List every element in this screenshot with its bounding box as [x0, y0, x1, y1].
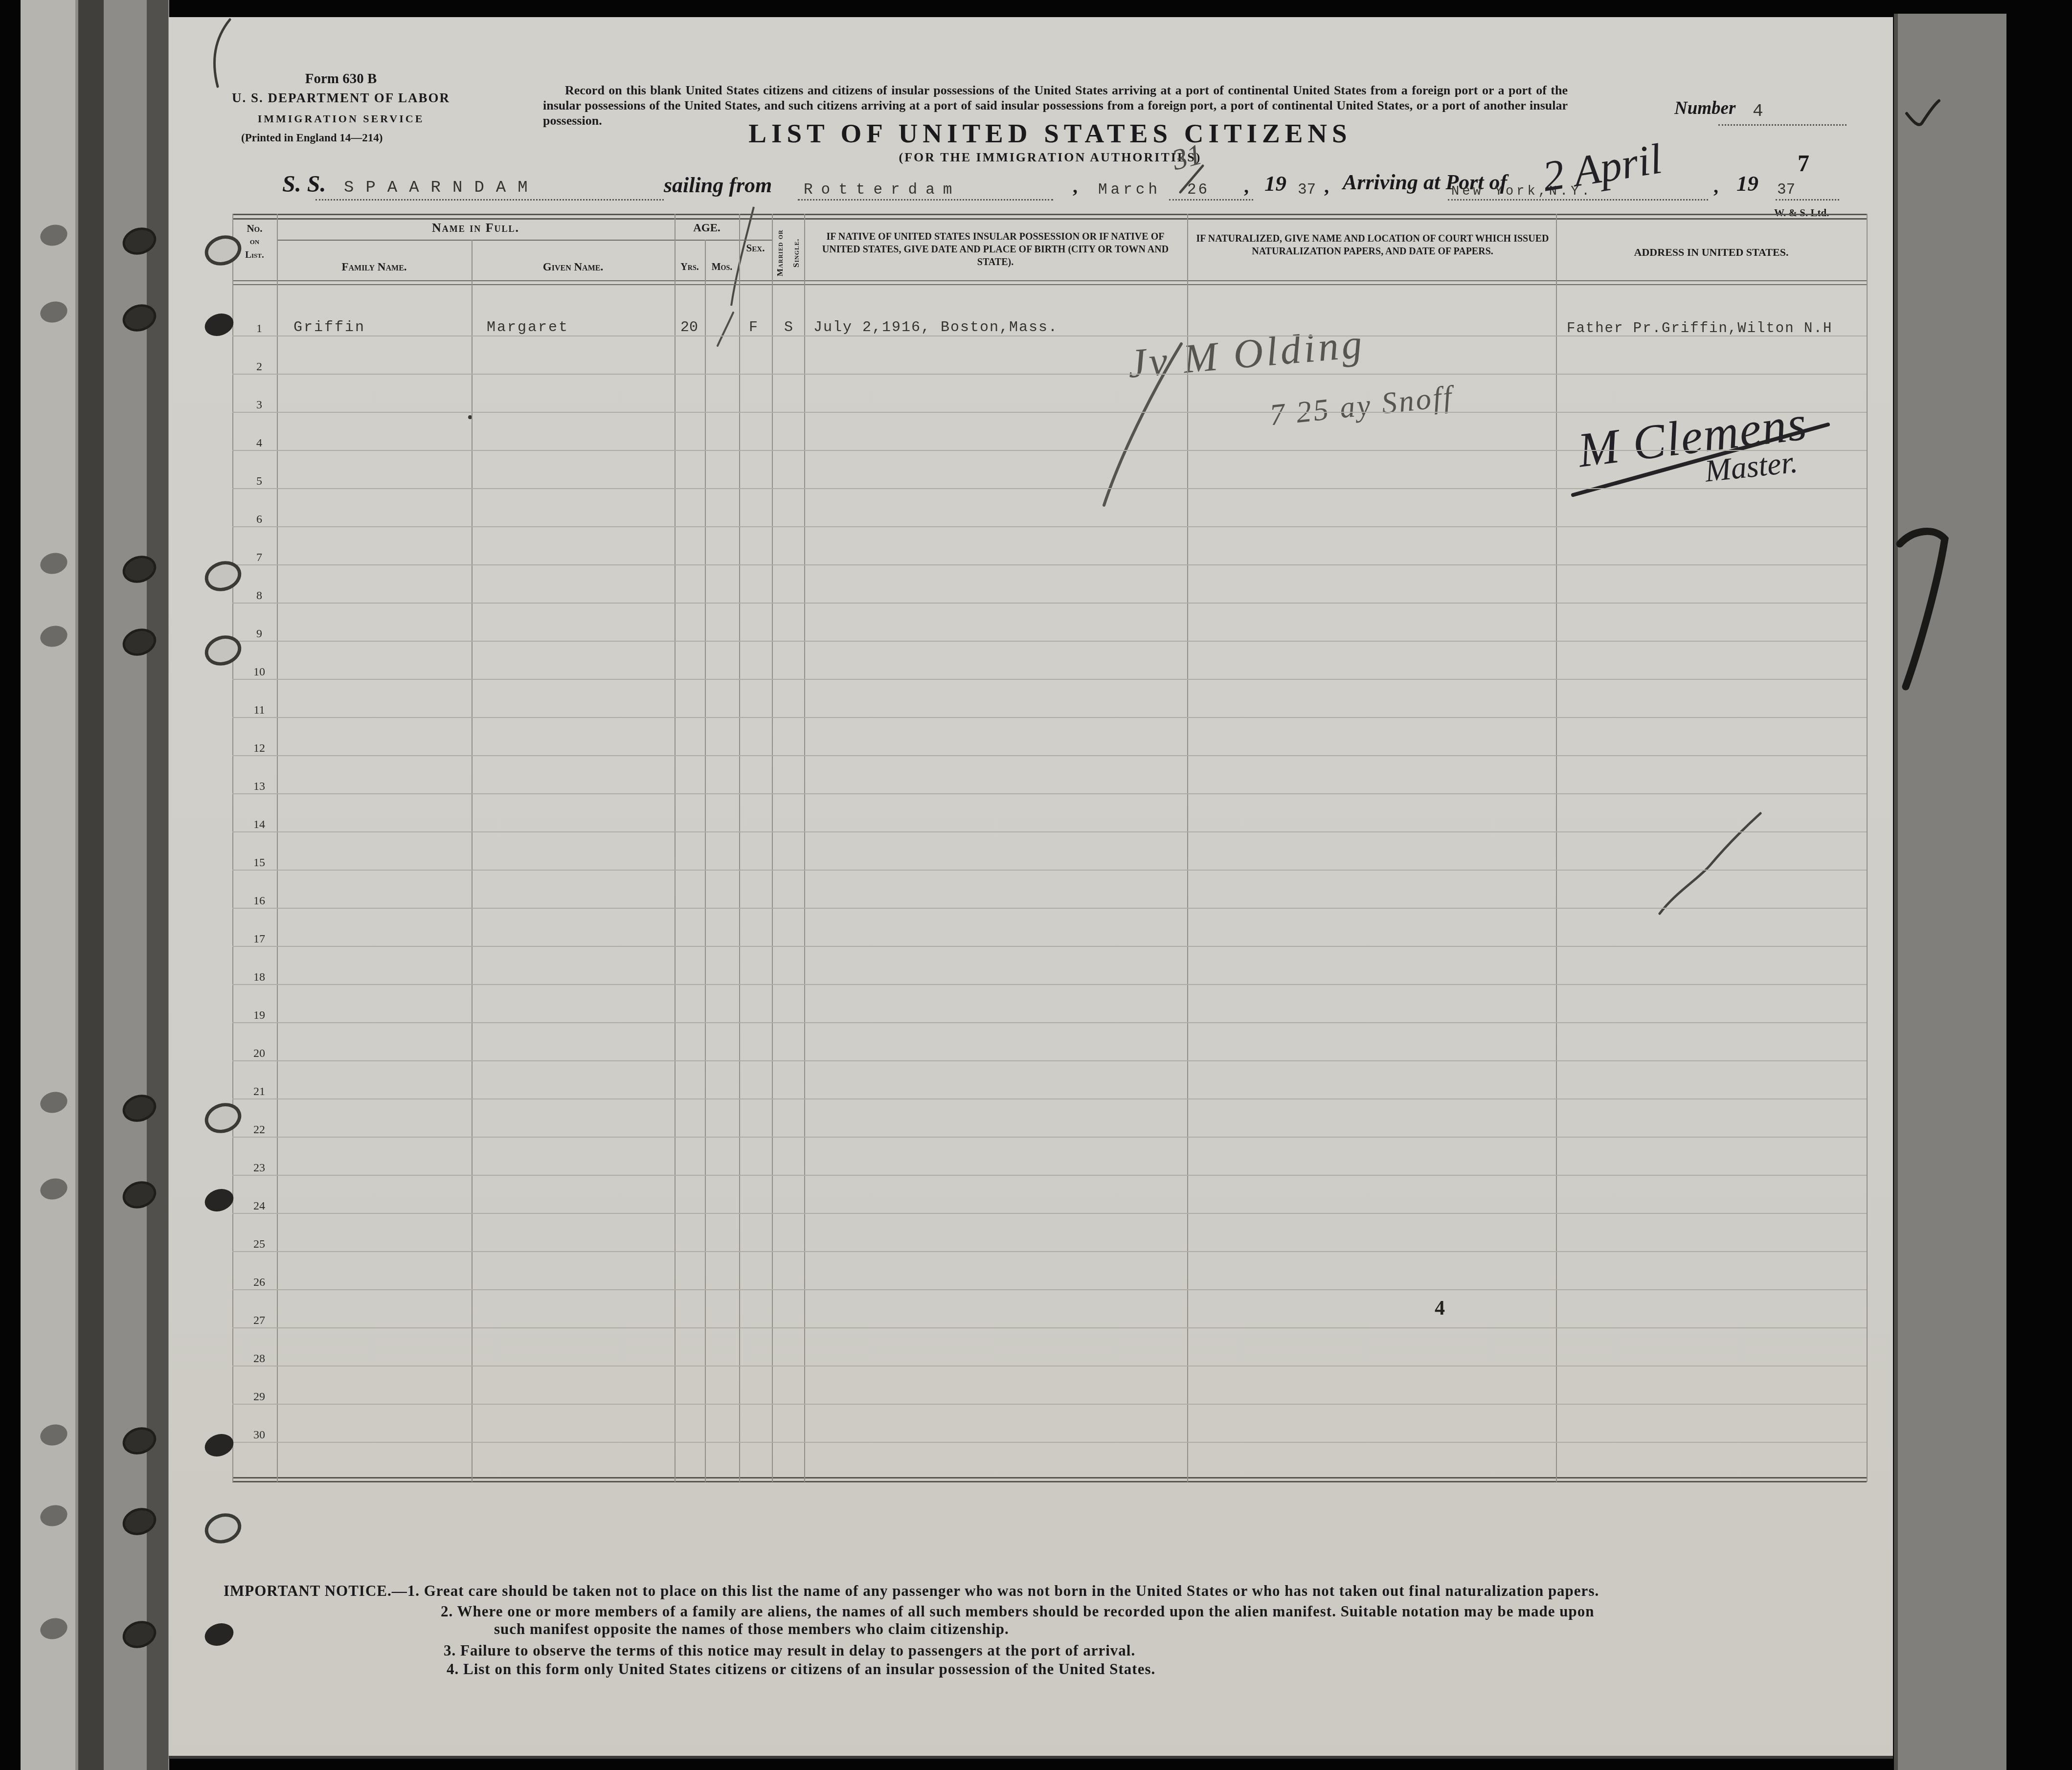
table-row-line	[232, 755, 1867, 756]
table-row-line	[232, 336, 1867, 336]
row-number: 19	[242, 1009, 276, 1022]
table-row-line	[232, 1137, 1867, 1138]
row-number: 2	[242, 360, 276, 374]
row-number: 9	[242, 627, 276, 641]
table-row-line	[232, 1327, 1867, 1328]
row-number: 17	[242, 933, 276, 946]
row-number: 11	[242, 704, 276, 717]
table-column-line	[472, 240, 473, 1482]
table-row-line	[232, 946, 1867, 947]
row-number: 23	[242, 1162, 276, 1175]
signature-flourish	[1104, 344, 1181, 505]
table-border-rule	[232, 1477, 1867, 1479]
table-row-line	[232, 1213, 1867, 1214]
table-row-line	[232, 1175, 1867, 1176]
table-row-line	[232, 870, 1867, 871]
row-number: 4	[242, 437, 276, 450]
row-number: 20	[242, 1047, 276, 1060]
table-column-line	[1187, 214, 1188, 1482]
table-header-rule	[232, 284, 1867, 285]
row-number: 14	[242, 818, 276, 831]
scanned-manifest-page: Form 630 B U. S. DEPARTMENT OF LABOR IMM…	[0, 0, 2072, 1770]
table-row-line	[232, 908, 1867, 909]
row-number: 28	[242, 1352, 276, 1366]
table-row-line	[232, 1366, 1867, 1367]
page-stack-edge-light	[21, 0, 75, 1770]
row-number: 22	[242, 1123, 276, 1137]
master-diagonal-stroke	[1573, 425, 1828, 495]
row-number: 25	[242, 1238, 276, 1251]
row-number: 30	[242, 1429, 276, 1442]
row-number: 6	[242, 513, 276, 526]
table-row-line	[232, 1404, 1867, 1405]
day-strike-stroke	[1180, 166, 1203, 192]
table-row-line	[232, 412, 1867, 413]
row-number: 29	[242, 1390, 276, 1404]
table-column-line	[277, 214, 278, 1482]
pen-strokes-overlay	[169, 17, 1893, 1756]
mos-check-stroke	[718, 313, 733, 346]
table-row-line	[232, 831, 1867, 832]
table-border-rule	[232, 214, 1867, 215]
table-header-rule	[277, 240, 772, 241]
table-column-line	[739, 214, 740, 1482]
table-row-line	[232, 1442, 1867, 1443]
row-number: 1	[242, 322, 276, 336]
row-number: 24	[242, 1200, 276, 1213]
table-row-line	[232, 526, 1867, 527]
table-border-rule	[232, 218, 1867, 220]
table-row-line	[232, 1251, 1867, 1252]
table-column-line	[772, 214, 773, 1482]
manifest-form-page: Form 630 B U. S. DEPARTMENT OF LABOR IMM…	[169, 17, 1893, 1759]
table-row-line	[232, 1060, 1867, 1061]
binding-bar-right	[147, 0, 168, 1770]
table-column-line	[804, 214, 805, 1482]
table-row-line	[232, 1022, 1867, 1023]
table-row-line	[232, 450, 1867, 451]
table-column-line	[675, 214, 676, 1482]
row-number: 8	[242, 589, 276, 603]
table-column-line	[705, 240, 706, 1482]
table-row-line	[232, 374, 1867, 375]
row-number: 26	[242, 1276, 276, 1289]
table-row-line	[232, 1098, 1867, 1099]
row-number: 12	[242, 742, 276, 755]
table-row-line	[232, 793, 1867, 794]
table-row-line	[232, 603, 1867, 604]
row-number: 21	[242, 1085, 276, 1098]
row-number: 15	[242, 856, 276, 870]
row-number: 16	[242, 895, 276, 908]
row-number: 13	[242, 780, 276, 793]
row-number: 7	[242, 551, 276, 564]
table-header-rule	[232, 280, 1867, 281]
row-number: 27	[242, 1314, 276, 1327]
table-row-line	[232, 641, 1867, 642]
adjacent-page-edge	[1894, 14, 2006, 1770]
table-row-line	[232, 984, 1867, 985]
table-row-line	[232, 488, 1867, 489]
row-number: 5	[242, 475, 276, 488]
table-row-line	[232, 1289, 1867, 1290]
row-number: 3	[242, 399, 276, 412]
binding-bar-left	[78, 0, 104, 1770]
stray-pen-curve	[1660, 813, 1760, 914]
table-border-rule	[232, 1481, 1867, 1482]
header-diagonal-stroke	[731, 207, 754, 306]
corner-pencil-curve	[215, 20, 230, 87]
row-number: 10	[242, 666, 276, 679]
table-row-line	[232, 679, 1867, 680]
table-row-line	[232, 717, 1867, 718]
table-column-line	[232, 214, 233, 1482]
table-column-line	[1867, 214, 1868, 1482]
row-number: 18	[242, 971, 276, 984]
table-column-line	[1556, 214, 1557, 1482]
table-row-line	[232, 564, 1867, 565]
